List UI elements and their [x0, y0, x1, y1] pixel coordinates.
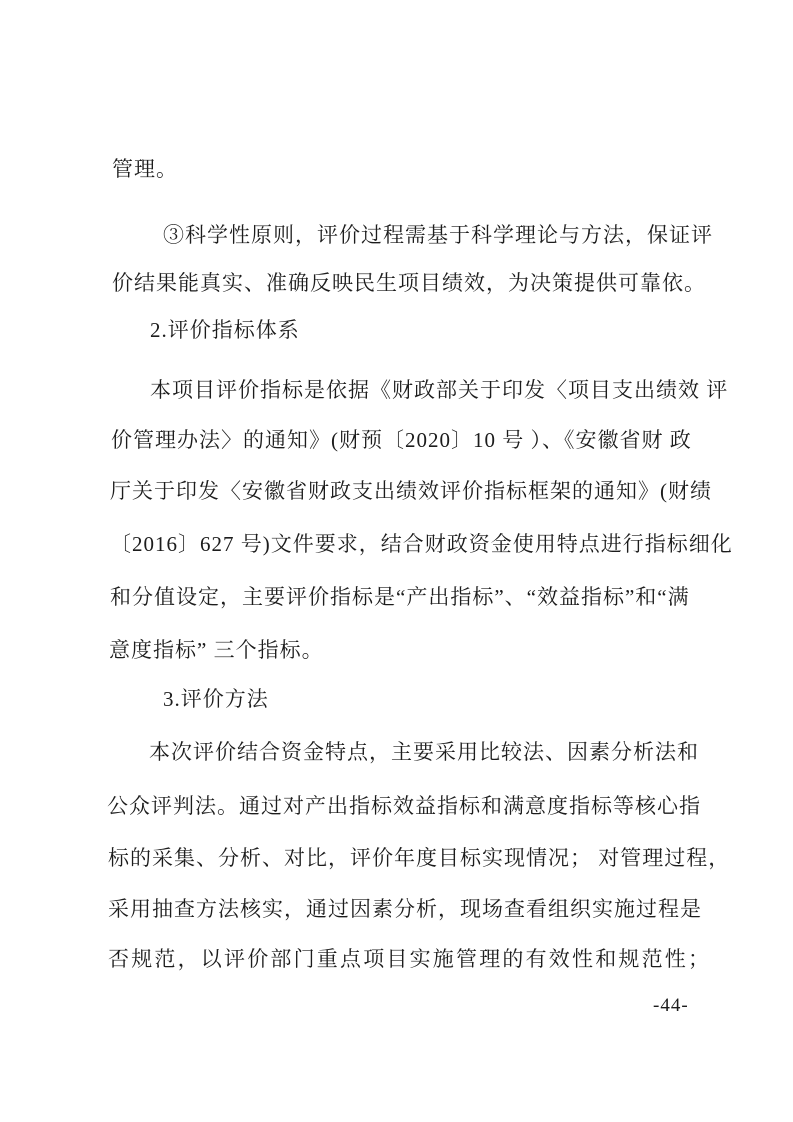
text-line: 本次评价结合资金特点，主要采用比较法、因素分析法和 — [149, 739, 699, 765]
text-line: 本项目评价指标是依据《财政部关于印发〈项目支出绩效 评 — [150, 377, 728, 403]
text-line: 公众评判法。通过对产出指标效益指标和满意度指标等核心指 — [107, 793, 701, 819]
text-line: 价结果能真实、准确反映民生项目绩效，为决策提供可靠依。 — [112, 270, 706, 296]
text-line: 否规范，以评价部门重点项目实施管理的有效性和规范性； — [108, 946, 711, 972]
text-line: 标的采集、分析、对比，评价年度目标实现情况； 对管理过程， — [108, 845, 730, 871]
text-line: 和分值设定，主要评价指标是“产出指标”、“效益指标”和“满 — [110, 584, 690, 610]
text-line: 管理。 — [112, 156, 178, 182]
text-line: 意度指标” 三个指标。 — [109, 637, 324, 663]
text-line: ③科学性原则，评价过程需基于科学理论与方法，保证评 — [163, 222, 713, 248]
page-number: -44- — [653, 995, 689, 1017]
text-line: 厅关于印发〈安徽省财政支出绩效评价指标框架的通知》(财绩 — [110, 478, 712, 504]
section-heading: 3.评价方法 — [163, 686, 269, 712]
document-page: 管理。 ③科学性原则，评价过程需基于科学理论与方法，保证评 价结果能真实、准确反… — [0, 0, 793, 1122]
text-line: 价管理办法〉的通知》(财预〔2020〕10 号 ）、《安徽省财 政 — [111, 427, 692, 453]
section-heading: 2.评价指标体系 — [150, 317, 300, 343]
text-line: 〔2016〕627 号)文件要求，结合财政资金使用特点进行指标细化 — [110, 531, 733, 557]
text-line: 采用抽查方法核实，通过因素分析，现场查看组织实施过程是 — [108, 896, 702, 922]
